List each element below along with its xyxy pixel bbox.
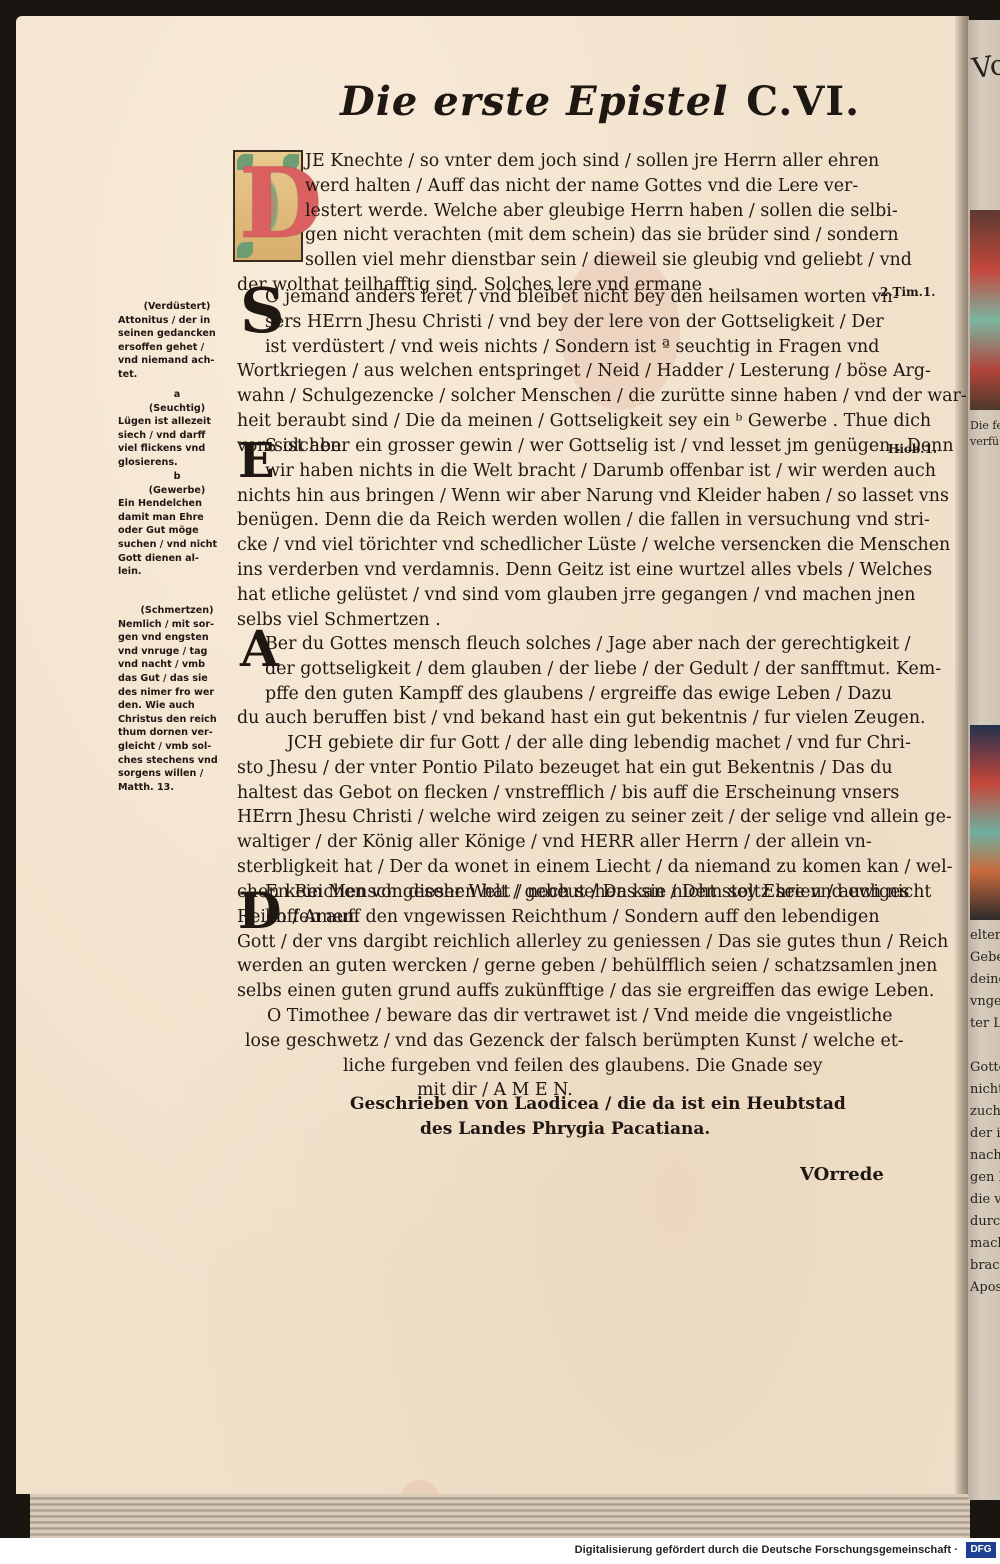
gloss-heading: (Gewerbe) xyxy=(118,484,236,498)
gloss-line: oder Gut möge xyxy=(118,524,236,538)
text-line: Wortkriegen / aus welchen entspringet / … xyxy=(237,359,877,384)
catchword: VOrrede xyxy=(800,1164,884,1185)
gloss-heading: (Seuchtig) xyxy=(118,402,236,416)
gloss-line: ersoffen gehet / xyxy=(118,341,236,355)
marginal-gloss: (Schmertzen) Nemlich / mit sor- gen vnd … xyxy=(118,604,236,794)
text-line: lestert werde. Welche aber gleubige Herr… xyxy=(237,199,877,224)
text-line: selbs viel Schmertzen . xyxy=(237,608,877,633)
gloss-marker: b xyxy=(118,470,236,484)
gloss-line: viel flickens vnd xyxy=(118,442,236,456)
text-line: waltiger / der König aller Könige / vnd … xyxy=(237,830,877,855)
text-line: ist verdüstert / vnd weis nichts / Sonde… xyxy=(237,335,877,360)
text-line: O Timothee / beware das dir vertrawet is… xyxy=(237,1004,877,1029)
paragraph-1: JE Knechte / so vnter dem joch sind / so… xyxy=(237,149,877,298)
gloss-line: thum dornen ver- xyxy=(118,726,236,740)
text-line: haltest das Gebot on flecken / vnstreffl… xyxy=(237,781,877,806)
gloss-line: gleicht / vmb sol- xyxy=(118,740,236,754)
running-header: Die erste Epistel C.VI. xyxy=(340,78,860,125)
text-line: sto Jhesu / der vnter Pontio Pilato beze… xyxy=(237,756,877,781)
facing-page-ornament xyxy=(970,725,1000,920)
text-line: werd halten / Auff das nicht der name Go… xyxy=(237,174,877,199)
funding-credit: Digitalisierung gefördert durch die Deut… xyxy=(575,1544,958,1556)
gloss-line: vnd vnruge / tag xyxy=(118,645,236,659)
gloss-marker: a xyxy=(118,388,236,402)
dfg-logo[interactable]: DFG xyxy=(966,1542,996,1558)
text-line: der gottseligkeit / dem glauben / der li… xyxy=(237,657,877,682)
book-gutter xyxy=(955,16,969,1494)
header-title: Die erste Epistel xyxy=(340,78,728,125)
gloss-heading: (Verdüstert) xyxy=(118,300,236,314)
gloss-line: Nemlich / mit sor- xyxy=(118,618,236,632)
text-line: nichts hin aus bringen / Wenn wir aber N… xyxy=(237,484,877,509)
gloss-line: das Gut / das sie xyxy=(118,672,236,686)
paragraph-2: O jemand anders leret / vnd bleibet nich… xyxy=(237,285,877,459)
paragraph-7: O Timothee / beware das dir vertrawet is… xyxy=(237,1004,877,1103)
paragraph-3: S ist aber ein grosser gewin / wer Gotts… xyxy=(237,434,877,632)
gloss-line: damit man Ehre xyxy=(118,511,236,525)
facing-page-text: elterr Gebe deine vngef ter Le Gotte nic… xyxy=(970,925,1000,1299)
text-line: gen nicht verachten (mit dem schein) das… xyxy=(237,223,877,248)
text-line: S ist aber ein grosser gewin / wer Gotts… xyxy=(237,434,877,459)
gloss-line: ches stechens vnd xyxy=(118,754,236,768)
gloss-line: vnd niemand ach- xyxy=(118,354,236,368)
text-line: Ber du Gottes mensch fleuch solches / Ja… xyxy=(237,632,877,657)
page-edges xyxy=(30,1494,970,1538)
text-line: hat etliche gelüstet / vnd sind vom glau… xyxy=(237,583,877,608)
text-line: wahn / Schulgezencke / solcher Menschen … xyxy=(237,384,877,409)
gloss-line: tet. xyxy=(118,368,236,382)
gloss-heading: (Schmertzen) xyxy=(118,604,236,618)
footer-bar: Digitalisierung gefördert durch die Deut… xyxy=(0,1538,1000,1564)
text-line: liche furgeben vnd feilen des glaubens. … xyxy=(237,1054,877,1079)
gloss-line: Attonitus / der in xyxy=(118,314,236,328)
facing-page-header: Vo xyxy=(970,48,1000,85)
text-line: JE Knechte / so vnter dem joch sind / so… xyxy=(237,149,877,174)
text-line: sterbligkeit hat / Der da wonet in einem… xyxy=(237,855,877,880)
gloss-line: seinen gedancken xyxy=(118,327,236,341)
gloss-line: lein. xyxy=(118,565,236,579)
text-line: sers HErrn Jhesu Christi / vnd bey der l… xyxy=(237,310,877,335)
text-line: hoffen auff den vngewissen Reichthum / S… xyxy=(237,905,877,930)
text-line: benügen. Denn die da Reich werden wollen… xyxy=(237,508,877,533)
gloss-line: siech / vnd darff xyxy=(118,429,236,443)
gloss-line: des nimer fro wer xyxy=(118,686,236,700)
marginal-gloss: b (Gewerbe) Ein Hendelchen damit man Ehr… xyxy=(118,470,236,579)
text-line: cke / vnd viel törichter vnd schedlicher… xyxy=(237,533,877,558)
text-line: ins verderben vnd verdamnis. Denn Geitz … xyxy=(237,558,877,583)
gloss-line: Ein Hendelchen xyxy=(118,497,236,511)
text-line: HErrn Jhesu Christi / welche wird zeigen… xyxy=(237,805,877,830)
text-line: pffe den guten Kampff des glaubens / erg… xyxy=(237,682,877,707)
text-line: du auch beruffen bist / vnd bekand hast … xyxy=(237,706,877,731)
gloss-line: sorgens willen / xyxy=(118,767,236,781)
text-line: sollen viel mehr dienstbar sein / diewei… xyxy=(237,248,877,273)
gloss-line: den. Wie auch xyxy=(118,699,236,713)
text-line: lose geschwetz / vnd das Gezenck der fal… xyxy=(237,1029,877,1054)
gloss-line: Christus den reich xyxy=(118,713,236,727)
scan-area: Vo Die fe verfü elterr Gebe deine vngef … xyxy=(0,0,1000,1538)
text-line: werden an guten wercken / gerne geben / … xyxy=(237,954,877,979)
gloss-line: gen vnd engsten xyxy=(118,631,236,645)
gloss-line: Lügen ist allezeit xyxy=(118,415,236,429)
text-line: JCH gebiete dir fur Gott / der alle ding… xyxy=(237,731,877,756)
cross-reference: Hiob.1. xyxy=(888,442,937,456)
subscription-line: des Landes Phrygia Pacatiana. xyxy=(420,1119,710,1139)
text-line: wir haben nichts in die Welt bracht / Da… xyxy=(237,459,877,484)
gloss-line: vnd nacht / vmb xyxy=(118,658,236,672)
text-line: O jemand anders leret / vnd bleibet nich… xyxy=(237,285,877,310)
marginal-gloss: a (Seuchtig) Lügen ist allezeit siech / … xyxy=(118,388,236,470)
paragraph-4: Ber du Gottes mensch fleuch solches / Ja… xyxy=(237,632,877,731)
text-line: Gott / der vns dargibt reichlich allerle… xyxy=(237,930,877,955)
marginal-gloss: (Verdüstert) Attonitus / der in seinen g… xyxy=(118,300,236,382)
facing-page-caption: Die fe verfü xyxy=(970,418,1000,450)
paragraph-6: En Reichen von dieser Welt / gebeut / Da… xyxy=(237,880,877,1004)
gloss-line: suchen / vnd nicht xyxy=(118,538,236,552)
gloss-line: Matth. 13. xyxy=(118,781,236,795)
cross-reference: 2.Tim.1. xyxy=(880,285,935,299)
text-line: selbs einen guten grund auffs zukünfftig… xyxy=(237,979,877,1004)
facing-page: Vo Die fe verfü elterr Gebe deine vngef … xyxy=(968,20,1000,1500)
gloss-line: glosierens. xyxy=(118,456,236,470)
folio-number: C.VI. xyxy=(746,78,860,125)
text-line: heit beraubt sind / Die da meinen / Gott… xyxy=(237,409,877,434)
text-line: En Reichen von dieser Welt / gebeut / Da… xyxy=(237,880,877,905)
subscription-line: Geschrieben von Laodicea / die da ist ei… xyxy=(350,1094,846,1114)
facing-page-illustration xyxy=(970,210,1000,410)
gloss-line: Gott dienen al- xyxy=(118,552,236,566)
